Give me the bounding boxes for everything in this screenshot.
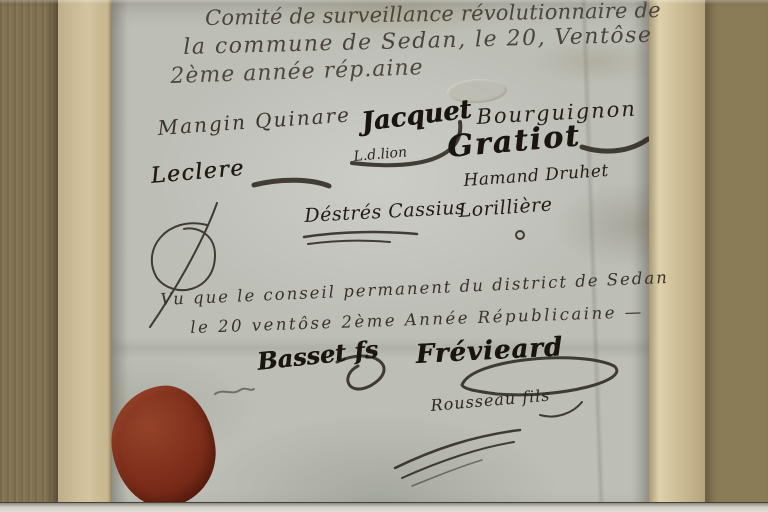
bottom-stroke-1 [395, 430, 520, 468]
bottom-stroke-2 [402, 442, 514, 478]
photo-top-highlight [0, 0, 768, 4]
bourguignon-swash [582, 139, 648, 151]
framed-document-photo: Comité de surveillance révolutionnaire d… [0, 0, 768, 512]
photo-bottom-edge [0, 502, 768, 512]
frame-mat-left [58, 0, 112, 512]
destres-underline-2 [308, 241, 390, 244]
seal-scribble [215, 389, 254, 394]
frame-cardboard-right [705, 0, 768, 512]
frame-cardboard-left [0, 0, 58, 512]
leclere-dash [254, 180, 329, 186]
paraph-loop [152, 223, 215, 290]
signature-frevieard: Frévieard [415, 334, 564, 368]
frame-mat-right [649, 0, 705, 512]
lorilliere-mark [516, 231, 524, 239]
destres-underline-1 [304, 232, 417, 237]
bottom-stroke-3 [412, 460, 482, 486]
